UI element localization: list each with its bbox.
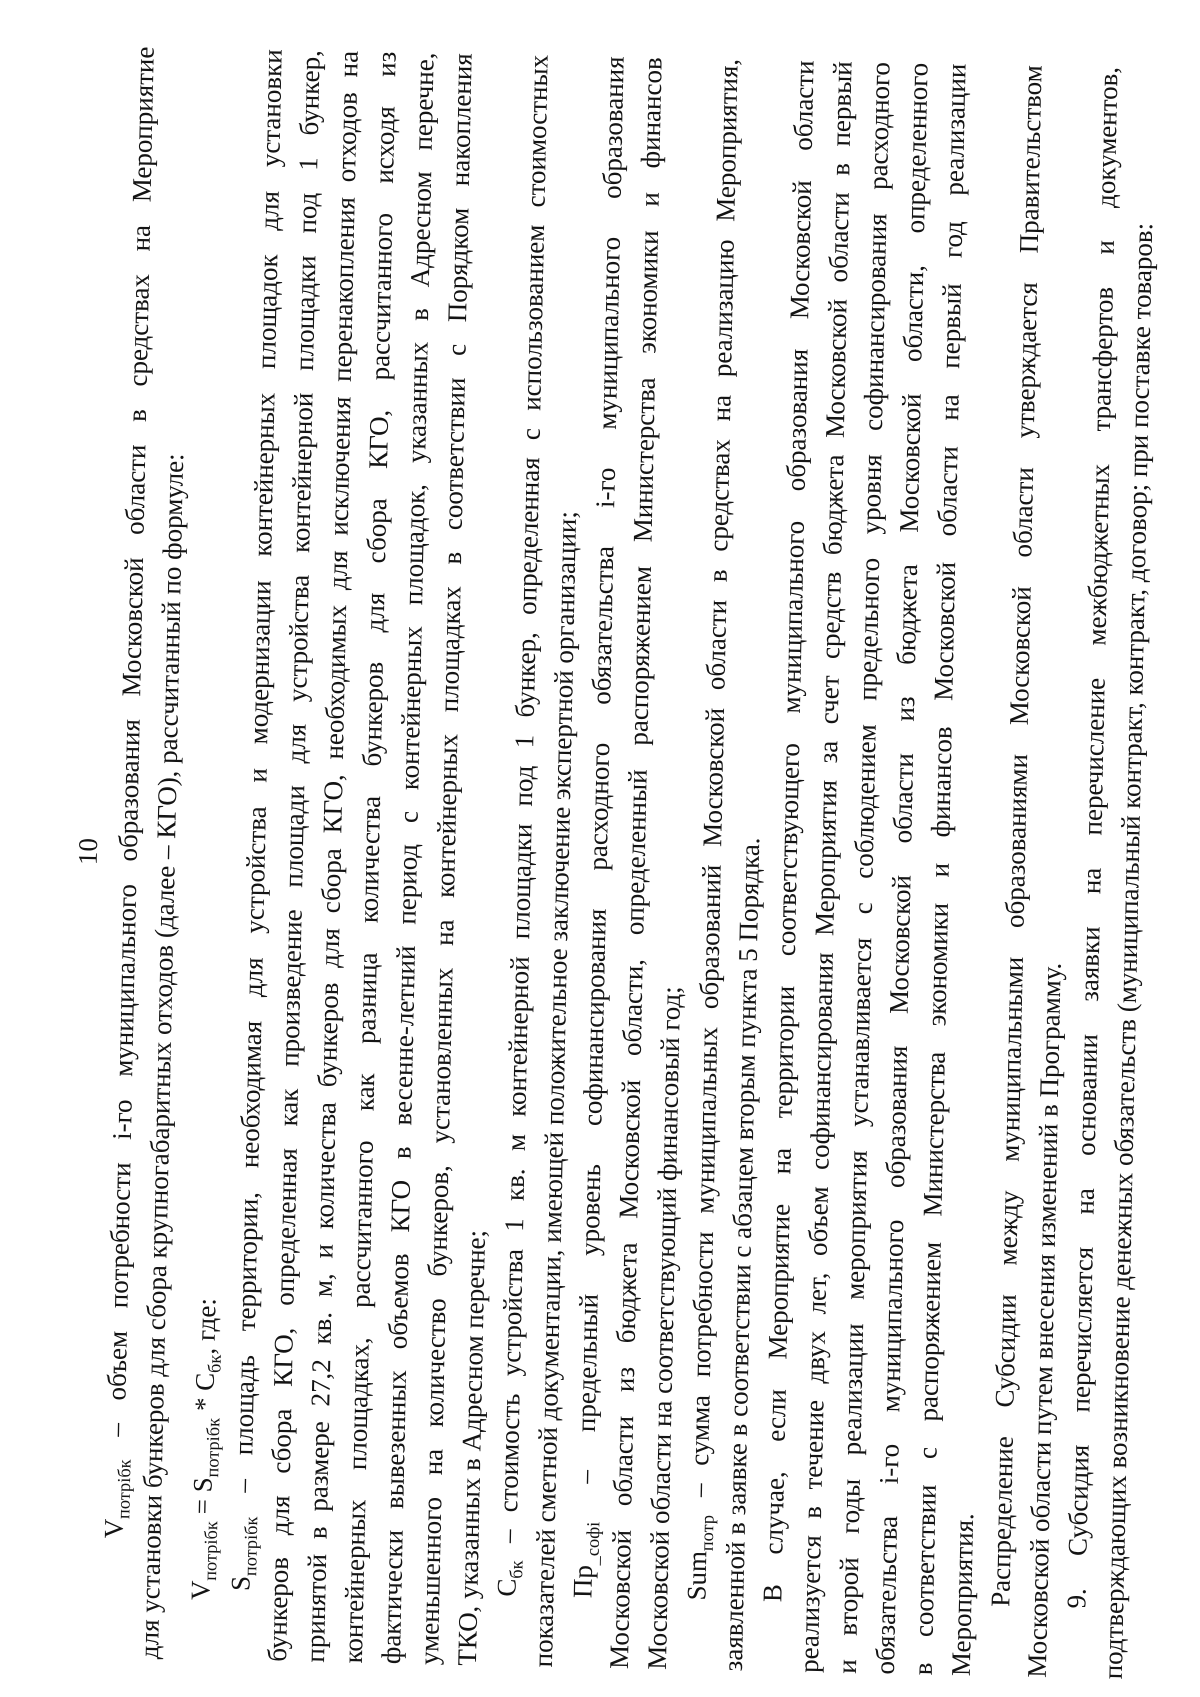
scanned-document-screen: 10 Vпотрiбк – объем потребности i-го мун… <box>0 0 1200 1697</box>
paragraph: Sпотрiбк – площадь территории, необходим… <box>220 49 520 1666</box>
paragraph: В случае, если Мероприятие на территории… <box>752 60 1014 1676</box>
document-page: 10 Vпотрiбк – объем потребности i-го мун… <box>0 0 1200 1697</box>
page-content: 10 Vпотрiбк – объем потребности i-го мун… <box>52 45 1166 1679</box>
paragraphs-container: Vпотрiбк – объем потребности i-го муници… <box>92 46 1166 1679</box>
